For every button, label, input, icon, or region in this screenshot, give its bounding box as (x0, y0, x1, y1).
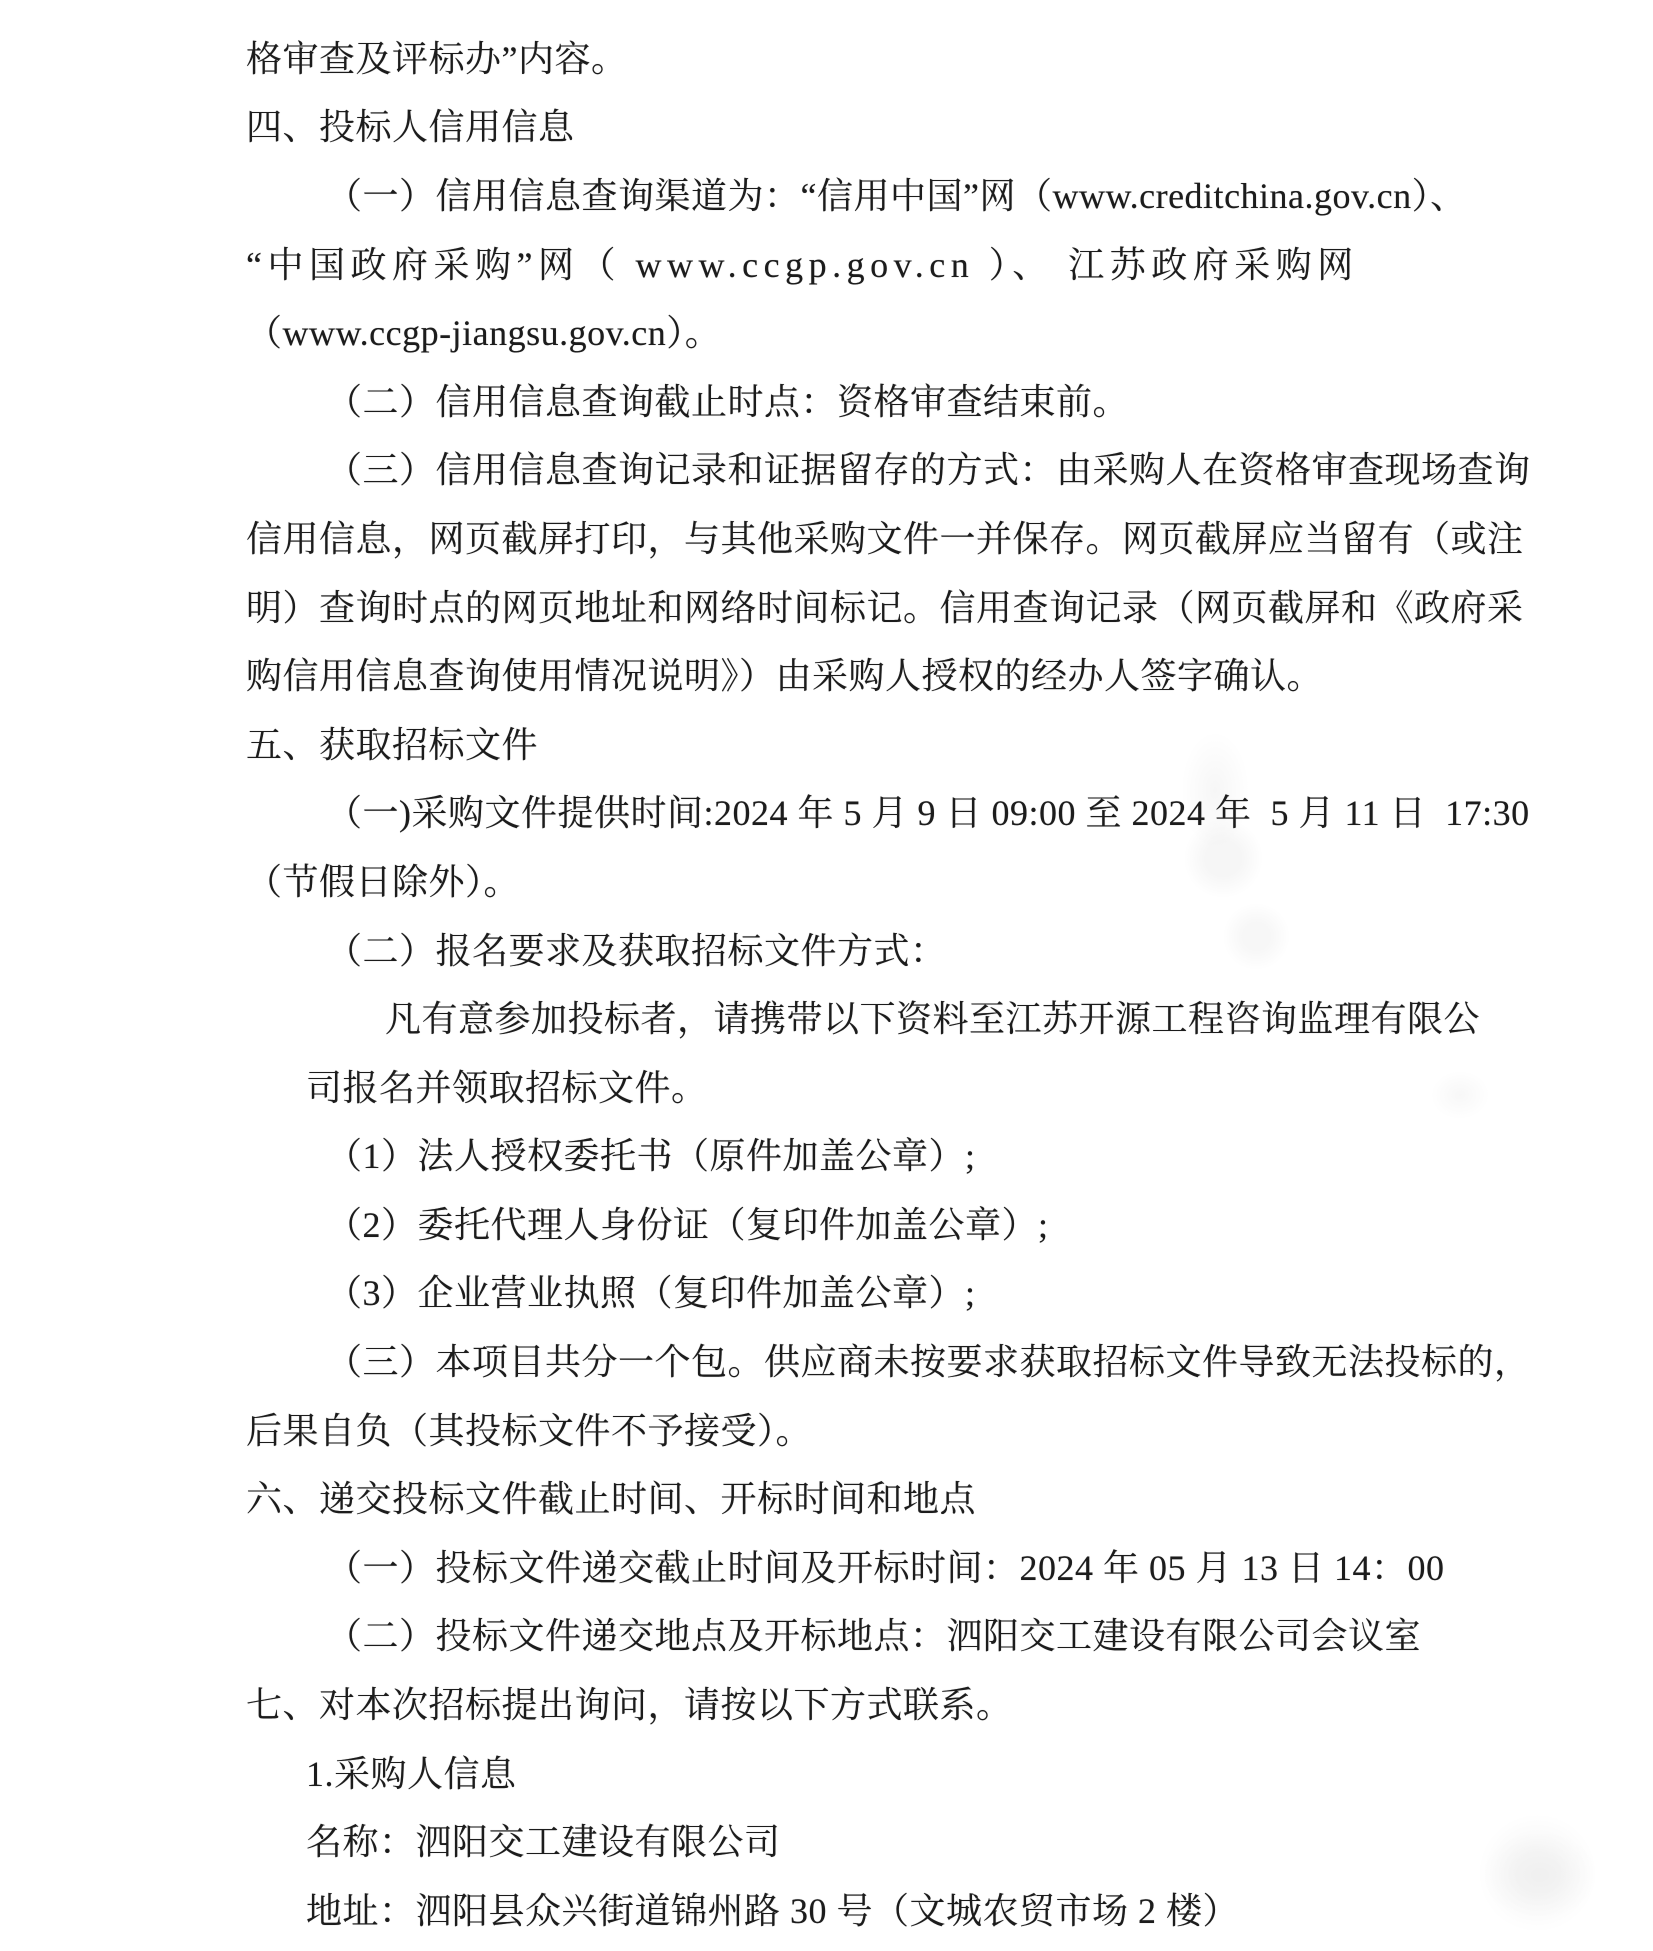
document-body: 格审查及评标办”内容。四、投标人信用信息（一）信用信息查询渠道为：“信用中国”网… (246, 22, 1436, 1943)
text-line: 格审查及评标办”内容。 (246, 22, 1436, 91)
text-line: 四、投标人信用信息 (246, 91, 1436, 160)
text-line: 司报名并领取招标文件。 (246, 1051, 1436, 1120)
text-line: （1）法人授权委托书（原件加盖公章）; (246, 1120, 1436, 1189)
text-line: （一）信用信息查询渠道为：“信用中国”网（www.creditchina.gov… (246, 159, 1436, 228)
text-line: 五、获取招标文件 (246, 708, 1436, 777)
text-line: 1.采购人信息 (246, 1737, 1436, 1806)
scan-smudge (1430, 1070, 1490, 1120)
text-line: 购信用信息查询使用情况说明》）由采购人授权的经办人签字确认。 (246, 639, 1436, 708)
text-line: （一)采购文件提供时间:2024 年 5 月 9 日 09:00 至 2024 … (246, 777, 1436, 846)
scan-smudge (1480, 1830, 1600, 1920)
text-line: 凡有意参加投标者，请携带以下资料至江苏开源工程咨询监理有限公 (246, 982, 1436, 1051)
text-line: （二）投标文件递交地点及开标地点：泗阳交工建设有限公司会议室 (246, 1600, 1436, 1669)
text-line: 明）查询时点的网页地址和网络时间标记。信用查询记录（网页截屏和《政府采 (246, 571, 1436, 640)
text-line: 七、对本次招标提出询问，请按以下方式联系。 (246, 1668, 1436, 1737)
text-line: 后果自负（其投标文件不予接受）。 (246, 1394, 1436, 1463)
text-line: （三）信用信息查询记录和证据留存的方式：由采购人在资格审查现场查询 (246, 434, 1436, 503)
text-line: 信用信息，网页截屏打印，与其他采购文件一并保存。网页截屏应当留有（或注 (246, 502, 1436, 571)
text-line: （二）报名要求及获取招标文件方式： (246, 914, 1436, 983)
text-line: （3）企业营业执照（复印件加盖公章）; (246, 1257, 1436, 1326)
text-line: （一）投标文件递交截止时间及开标时间：2024 年 05 月 13 日 14：0… (246, 1531, 1436, 1600)
text-line: （三）本项目共分一个包。供应商未按要求获取招标文件导致无法投标的， (246, 1325, 1436, 1394)
text-line: 地址：泗阳县众兴街道锦州路 30 号（文城农贸市场 2 楼） (246, 1874, 1436, 1943)
text-line: 名称：泗阳交工建设有限公司 (246, 1805, 1436, 1874)
text-line: （2）委托代理人身份证（复印件加盖公章）; (246, 1188, 1436, 1257)
text-line: “中国政府采购”网（ www.ccgp.gov.cn ）、 江苏政府采购网 (246, 228, 1436, 297)
text-line: 六、递交投标文件截止时间、开标时间和地点 (246, 1462, 1436, 1531)
text-line: （二）信用信息查询截止时点：资格审查结束前。 (246, 365, 1436, 434)
text-line: （节假日除外）。 (246, 845, 1436, 914)
text-line: （www.ccgp-jiangsu.gov.cn）。 (246, 296, 1436, 365)
scanned-document-page: 格审查及评标办”内容。四、投标人信用信息（一）信用信息查询渠道为：“信用中国”网… (0, 0, 1653, 1951)
